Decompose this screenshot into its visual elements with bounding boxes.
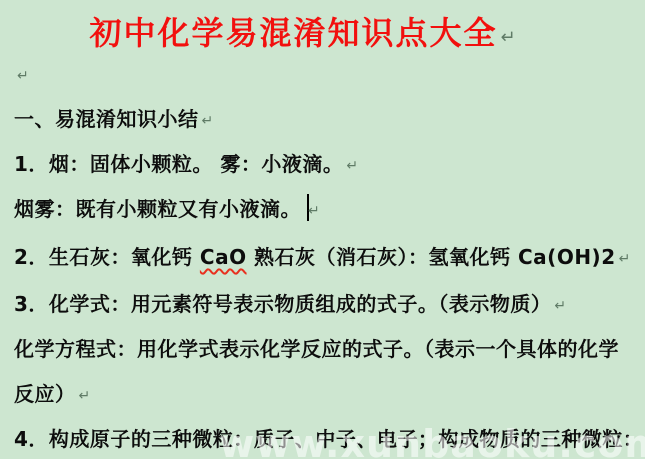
paragraph-chemical-formula[interactable]: 3．化学式：用元素符号表示物质组成的式子。（表示物质）↵ [14,288,566,317]
document-title-line[interactable]: 初中化学易混淆知识点大全↵ [0,8,645,54]
paragraph-mark-icon: ↵ [346,158,358,174]
paragraph-mark-icon: ↵ [202,113,214,129]
paragraph-mark-icon: ↵ [17,68,29,84]
paragraph-mark-icon: ↵ [500,27,515,48]
paragraph-text: 4．构成原子的三种微粒：质子、中子、电子；构成物质的三种微粒： [14,427,643,451]
section-heading[interactable]: 一、易混淆知识小结↵ [14,103,213,132]
document-title: 初中化学易混淆知识点大全 [89,14,497,52]
paragraph-text: 1．烟：固体小颗粒。 雾：小液滴。 [14,152,343,176]
paragraph-text: 化学方程式：用化学式表示化学反应的式子。（表示一个具体的化学 [14,337,619,361]
paragraph-mark-icon: ↵ [308,203,320,219]
paragraph-quicklime[interactable]: 2．生石灰：氧化钙 CaO 熟石灰（消石灰）：氢氧化钙 Ca(OH)2↵ [14,241,630,270]
paragraph-text: 3．化学式：用元素符号表示物质组成的式子。（表示物质） [14,292,551,316]
paragraph-text: 2．生石灰：氧化钙 [14,245,200,269]
paragraph-text: 反应） [14,382,76,406]
paragraph-text: 熟石灰（消石灰）：氢氧化钙 Ca(OH)2 [247,245,616,269]
paragraph-mark-icon: ↵ [79,388,91,404]
paragraph-chemical-equation-line2[interactable]: 反应）↵ [14,378,90,407]
section-heading-text: 一、易混淆知识小结 [14,107,199,131]
paragraph-mark-icon: ↵ [619,251,631,267]
paragraph-chemical-equation-line1[interactable]: 化学方程式：用化学式表示化学反应的式子。（表示一个具体的化学 [14,333,619,362]
empty-paragraph[interactable]: ↵ [14,62,29,86]
spellcheck-underlined-term: CaO [200,245,247,269]
paragraph-smoke-fog[interactable]: 1．烟：固体小颗粒。 雾：小液滴。↵ [14,148,358,177]
paragraph-atom-particles[interactable]: 4．构成原子的三种微粒：质子、中子、电子；构成物质的三种微粒： [14,423,643,452]
paragraph-text: 烟雾：既有小颗粒又有小液滴。 [14,197,301,221]
document-page[interactable]: 初中化学易混淆知识点大全↵ ↵ 一、易混淆知识小结↵ 1．烟：固体小颗粒。 雾：… [0,0,645,459]
paragraph-smog[interactable]: 烟雾：既有小颗粒又有小液滴。↵ [14,193,320,222]
paragraph-mark-icon: ↵ [554,298,566,314]
